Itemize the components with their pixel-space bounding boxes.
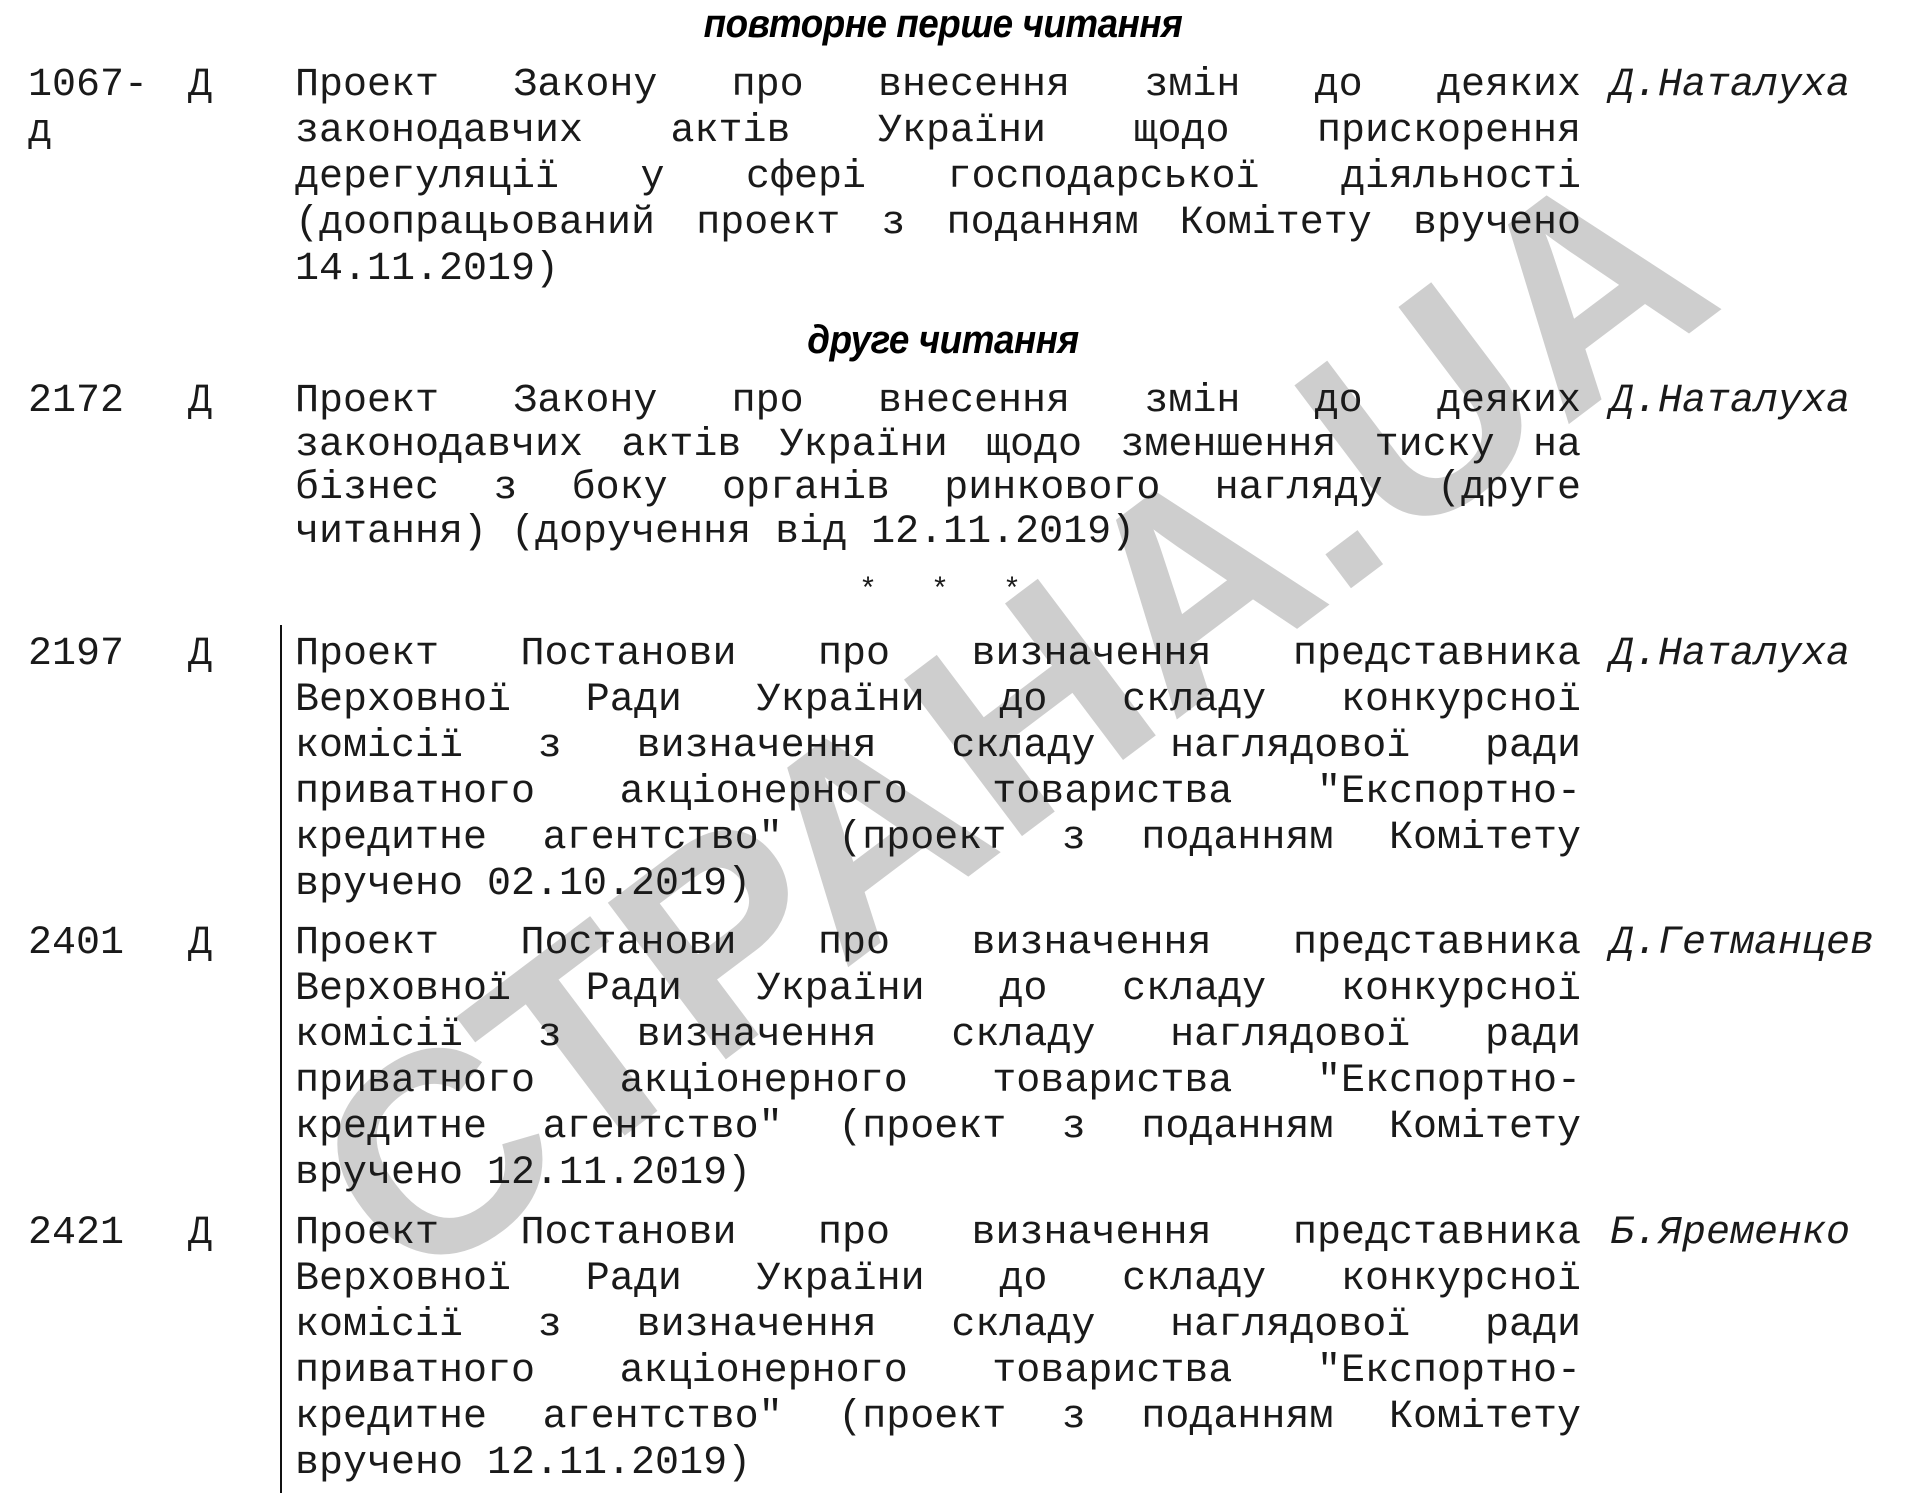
bill-number: 2401 [28,921,124,967]
bill-number: 2421 [28,1211,124,1257]
entry-description: Проект Закону про внесення змін до деяки… [295,63,1581,293]
description-line: Проект Постанови про визначення представ… [295,632,1581,678]
description-line: Проект Закону про внесення змін до деяки… [295,380,1581,424]
entry-description: Проект Постанови про визначення представ… [295,921,1581,1197]
section-title-second-reading: друге читання [75,318,1810,363]
bill-number-line: 2172 [28,380,124,424]
description-line: комісії з визначення складу наглядової р… [295,724,1581,770]
description-line: кредитне агентство" (проект з поданням К… [295,1105,1581,1151]
description-line: Верховної Ради України до складу конкурс… [295,1257,1581,1303]
entry-type: Д [188,63,212,109]
description-line: комісії з визначення складу наглядової р… [295,1303,1581,1349]
description-line: Верховної Ради України до складу конкурс… [295,678,1581,724]
description-line: вручено 02.10.2019) [295,862,1581,908]
bill-number-line: 2401 [28,921,124,967]
bill-number-line: 2421 [28,1211,124,1257]
description-line: 14.11.2019) [295,247,1581,293]
section-title-repeat-first-reading: повторне перше читання [75,2,1810,47]
description-line: Проект Постанови про визначення представ… [295,1211,1581,1257]
entry-author: Д.Наталуха [1610,63,1850,109]
description-line: приватного акціонерного товариства "Експ… [295,1059,1581,1105]
bill-number-line: 2197 [28,632,124,678]
entry-author: Д.Гетманцев [1610,921,1874,967]
bill-number: 2197 [28,632,124,678]
description-line: (доопрацьований проект з поданням Коміте… [295,201,1581,247]
entry-type: Д [188,1211,212,1257]
description-line: приватного акціонерного товариства "Експ… [295,1349,1581,1395]
entry-type: Д [188,380,212,424]
description-line: Верховної Ради України до складу конкурс… [295,967,1581,1013]
section-separator: * * * [0,568,1880,614]
description-line: Проект Постанови про визначення представ… [295,921,1581,967]
description-line: законодавчих актів України щодо зменшенн… [295,424,1581,468]
description-line: Проект Закону про внесення змін до деяки… [295,63,1581,109]
entry-type: Д [188,921,212,967]
document-page: повторне перше читання 1067- д Д Проект … [0,0,1920,1507]
description-line: кредитне агентство" (проект з поданням К… [295,1395,1581,1441]
entry-description: Проект Постанови про визначення представ… [295,1211,1581,1487]
description-line: читання) (доручення від 12.11.2019) [295,511,1581,555]
description-line: законодавчих актів України щодо прискоре… [295,109,1581,155]
description-line: вручено 12.11.2019) [295,1151,1581,1197]
entry-author: Д.Наталуха [1610,380,1850,424]
description-line: бізнес з боку органів ринкового нагляду … [295,467,1581,511]
bill-number-line: д [28,109,148,155]
entry-author: Б.Яременко [1610,1211,1850,1257]
entry-type: Д [188,632,212,678]
description-line: кредитне агентство" (проект з поданням К… [295,816,1581,862]
description-line: приватного акціонерного товариства "Експ… [295,770,1581,816]
description-line: комісії з визначення складу наглядової р… [295,1013,1581,1059]
description-line: дерегуляції у сфері господарської діяльн… [295,155,1581,201]
vertical-rule [280,625,282,1493]
description-line: вручено 12.11.2019) [295,1441,1581,1487]
bill-number: 1067- д [28,63,148,155]
entry-author: Д.Наталуха [1610,632,1850,678]
bill-number-line: 1067- [28,63,148,109]
entry-description: Проект Закону про внесення змін до деяки… [295,380,1581,554]
bill-number: 2172 [28,380,124,424]
entry-description: Проект Постанови про визначення представ… [295,632,1581,908]
